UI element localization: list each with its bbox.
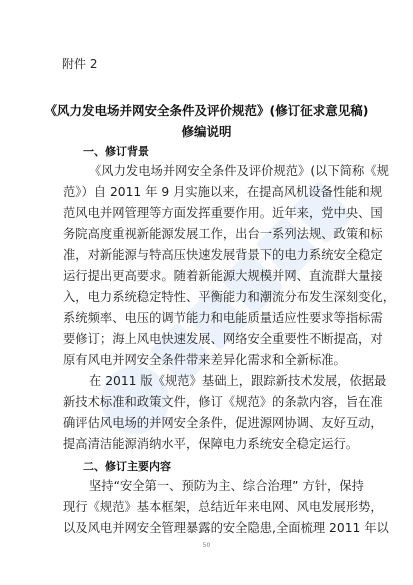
paragraph-line: 范》）自 2011 年 9 月实施以来，在提高风机设备性能和规 [63, 184, 352, 200]
paragraph-line: 《风力发电场并网安全条件及评价规范》(以下简称《规 [89, 163, 352, 179]
paragraph-line: 系统频率、电压的调节能力和电能质量适应性要求等指标需 [63, 310, 352, 326]
paragraph-line: 要修订；海上风电快速发展、网络安全重要性不断提高，对 [63, 331, 352, 347]
page-number: 50 [0, 542, 413, 549]
paragraph-line: 以及风电并网安全管理暴露的安全隐患,全面梳理 2011 年以 [63, 520, 352, 536]
paragraph-line: 务院高度重视新能源发展工作，出台一系列法规、政策和标 [63, 226, 352, 242]
section-heading-background: 一、修订背景 [83, 143, 149, 159]
document-page: 附件 2 《风力发电场并网安全条件及评价规范》(修订征求意见稿) 修编说明 一、… [0, 0, 413, 585]
paragraph-line: 提高清洁能源消纳水平，保障电力系统安全稳定运行。 [63, 436, 352, 452]
annex-label: 附件 2 [62, 55, 97, 72]
section-heading-main-content: 二、修订主要内容 [83, 458, 171, 474]
paragraph-line: 现行《规范》基本框架，总结近年来电网、风电发展形势， [63, 499, 352, 515]
paragraph-line: 原有风电并网安全条件带来差异化需求和全新标准。 [63, 352, 352, 368]
document-title: 《风力发电场并网安全条件及评价规范》(修订征求意见稿) [0, 101, 413, 119]
paragraph-line: 运行提出更高要求。随着新能源大规模并网、直流群大量接 [63, 268, 352, 284]
paragraph-line: 确评估风电场的并网安全条件，促进源网协调、友好互动， [63, 415, 352, 431]
paragraph-line: 入，电力系统稳定特性、平衡能力和潮流分布发生深刻变化， [63, 289, 352, 305]
paragraph-line: 坚持“安全第一、预防为主、综合治理” 方针，保持 [89, 478, 352, 494]
paragraph-line: 在 2011 版《规范》基础上，跟踪新技术发展，依据最 [89, 373, 352, 389]
paragraph-line: 准，对新能源与特高压快速发展背景下的电力系统安全稳定 [63, 247, 352, 263]
paragraph-line: 范风电并网管理等方面发挥重要作用。近年来，党中央、国 [63, 205, 352, 221]
document-subtitle: 修编说明 [0, 122, 413, 140]
paragraph-line: 新技术标准和政策文件，修订《规范》的条款内容，旨在准 [63, 394, 352, 410]
